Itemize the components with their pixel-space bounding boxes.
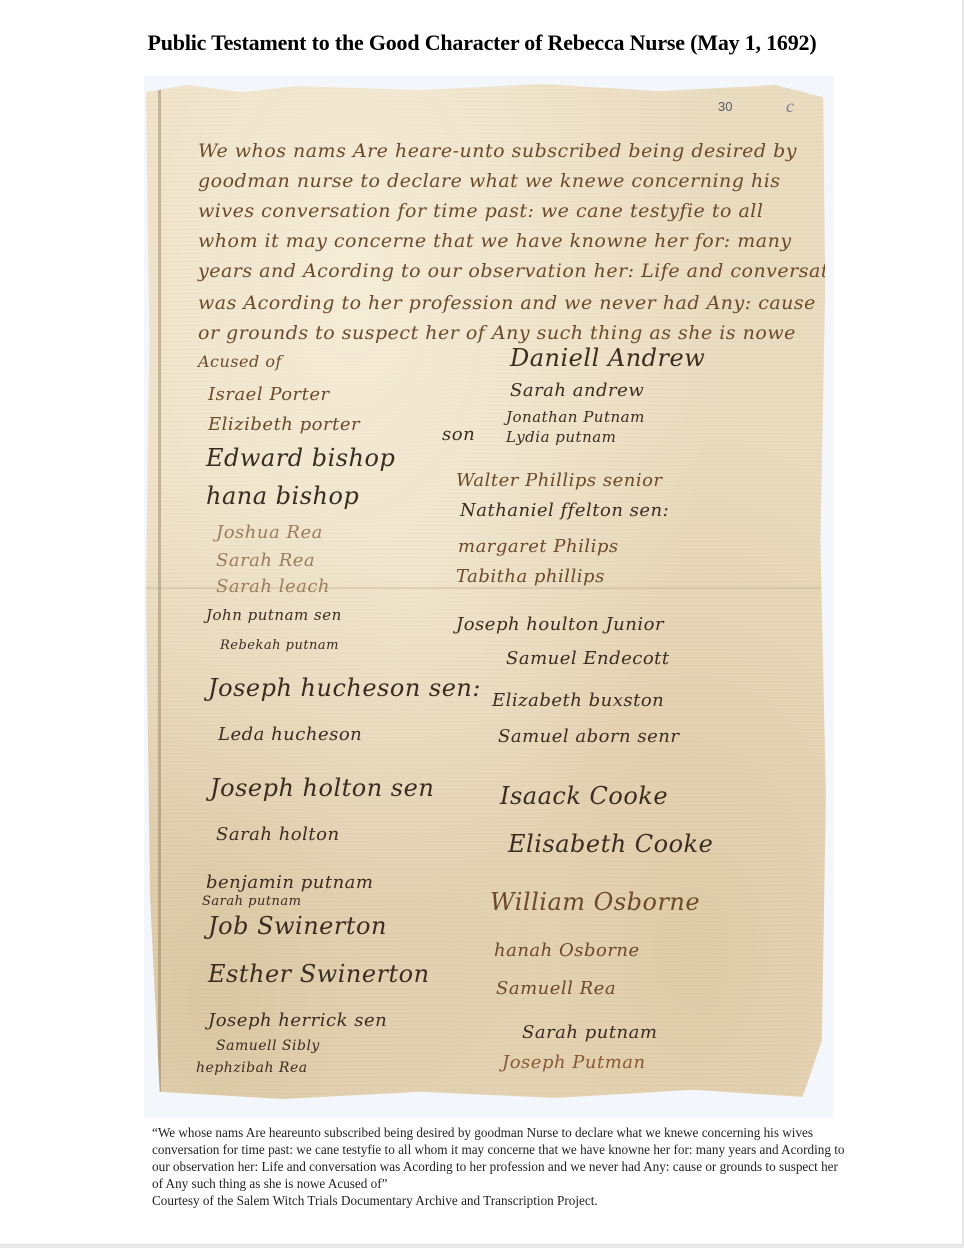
archive-corner-mark: c [786, 96, 794, 117]
signature: Samuell Sibly [216, 1038, 320, 1054]
signature: Daniell Andrew [510, 344, 705, 372]
transcription-quote: “We whose nams Are heareunto subscribed … [152, 1124, 852, 1192]
signature: William Osborne [490, 888, 700, 916]
signature: Nathaniel ffelton sen: [460, 500, 669, 521]
archive-page-number: 30 [718, 99, 732, 114]
manuscript-line: was Acording to her profession and we ne… [198, 292, 816, 314]
signature: Isaack Cooke [500, 782, 668, 810]
signature: Esther Swinerton [208, 960, 430, 988]
signature: Jonathan Putnam [506, 408, 645, 426]
signature: Lydia putnam [506, 428, 616, 446]
manuscript-scan: 30 c We whos nams Are heare-unto subscri… [144, 76, 834, 1118]
manuscript-line: goodman nurse to declare what we knewe c… [198, 170, 781, 192]
son-annotation: son [442, 424, 475, 445]
signature: hana bishop [206, 482, 359, 510]
document-page: Public Testament to the Good Character o… [0, 0, 963, 1245]
signature: Walter Phillips senior [456, 470, 663, 491]
signature: Rebekah putnam [220, 638, 339, 653]
manuscript-line: wives conversation for time past: we can… [198, 200, 763, 222]
signature: Joseph houlton Junior [456, 614, 664, 635]
signature: hephzibah Rea [196, 1060, 308, 1076]
signature: Tabitha phillips [456, 566, 605, 587]
signature: Joseph Putman [502, 1052, 646, 1073]
signature: Sarah holton [216, 824, 340, 845]
manuscript-line: We whos nams Are heare-unto subscribed b… [198, 140, 797, 162]
manuscript-paper: 30 c We whos nams Are heare-unto subscri… [146, 82, 830, 1102]
signature: Elisabeth Cooke [508, 830, 713, 858]
signature: margaret Philips [458, 536, 619, 557]
signature: Sarah leach [216, 576, 330, 597]
signature: hanah Osborne [494, 940, 640, 961]
page-title: Public Testament to the Good Character o… [0, 30, 964, 56]
signature: Job Swinerton [208, 912, 387, 940]
signature: Elizibeth porter [208, 414, 360, 435]
signature: benjamin putnam [206, 872, 373, 893]
signature: John putnam sen [206, 606, 342, 624]
signature: Sarah andrew [510, 380, 644, 401]
signature: Samuell Rea [496, 978, 616, 999]
signature: Sarah Rea [216, 550, 315, 571]
signature: Leda hucheson [218, 724, 362, 745]
caption: “We whose nams Are heareunto subscribed … [152, 1124, 852, 1209]
signature: Israel Porter [208, 384, 330, 405]
signature: Sarah putnam [522, 1022, 657, 1043]
manuscript-line: whom it may concerne that we have knowne… [198, 230, 792, 252]
source-credit: Courtesy of the Salem Witch Trials Docum… [152, 1192, 852, 1209]
signature: Joseph herrick sen [208, 1010, 387, 1031]
manuscript-line: years and Acording to our observation he… [198, 260, 860, 282]
signature: Sarah putnam [202, 894, 302, 909]
fold-line-vertical [158, 82, 161, 1102]
signature: Joseph holton sen [210, 774, 434, 802]
signature: Joshua Rea [216, 522, 323, 543]
manuscript-line: Acused of [198, 352, 282, 371]
manuscript-line: or grounds to suspect her of Any such th… [198, 322, 796, 344]
signature: Samuel Endecott [506, 648, 670, 669]
signature: Samuel aborn senr [498, 726, 679, 747]
signature: Edward bishop [206, 444, 395, 472]
signature: Joseph hucheson sen: [208, 674, 481, 702]
signature: Elizabeth buxston [492, 690, 664, 711]
